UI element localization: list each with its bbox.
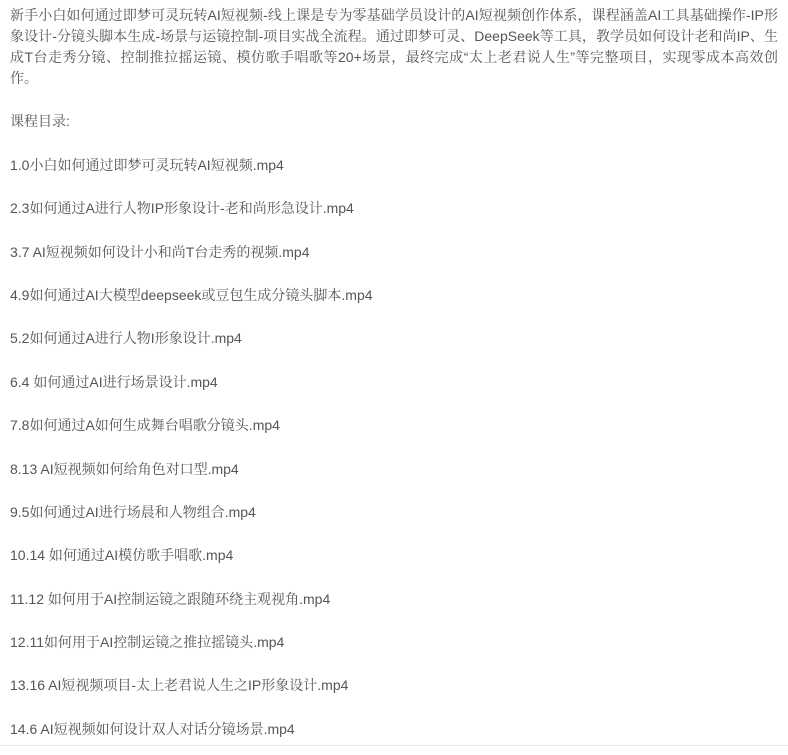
course-intro-paragraph: 新手小白如何通过即梦可灵玩转AI短视频-线上课是专为零基础学员设计的AI短视频创… [10, 5, 778, 89]
course-item: 5.2如何通过A进行人物I形象设计.mp4 [10, 328, 778, 349]
course-item: 7.8如何通过A如何生成舞台唱歌分镜头.mp4 [10, 415, 778, 436]
course-item: 9.5如何通过AI进行场晨和人物组合.mp4 [10, 502, 778, 523]
course-item: 14.6 AI短视频如何设计双人对话分镜场景.mp4 [10, 719, 778, 745]
course-item: 1.0小白如何通过即梦可灵玩转AI短视频.mp4 [10, 155, 778, 176]
course-item: 4.9如何通过AI大模型deepseek或豆包生成分镜头脚本.mp4 [10, 285, 778, 306]
course-item: 6.4 如何通过AI进行场景设计.mp4 [10, 372, 778, 393]
article-content: 新手小白如何通过即梦可灵玩转AI短视频-线上课是专为零基础学员设计的AI短视频创… [0, 0, 788, 746]
course-item: 12.11如何用于AI控制运镜之推拉摇镜头.mp4 [10, 632, 778, 653]
course-item: 8.13 AI短视频如何给角色对口型.mp4 [10, 459, 778, 480]
course-item: 11.12 如何用于AI控制运镜之跟随环绕主观视角.mp4 [10, 589, 778, 610]
toc-heading: 课程目录: [10, 111, 778, 132]
course-item: 10.14 如何通过AI模仿歌手唱歌.mp4 [10, 545, 778, 566]
course-item: 3.7 AI短视频如何设计小和尚T台走秀的视频.mp4 [10, 242, 778, 263]
course-item: 2.3如何通过A进行人物IP形象设计-老和尚形急设计.mp4 [10, 198, 778, 219]
course-list: 1.0小白如何通过即梦可灵玩转AI短视频.mp42.3如何通过A进行人物IP形象… [10, 155, 778, 745]
course-item: 13.16 AI短视频项目-太上老君说人生之IP形象设计.mp4 [10, 675, 778, 696]
